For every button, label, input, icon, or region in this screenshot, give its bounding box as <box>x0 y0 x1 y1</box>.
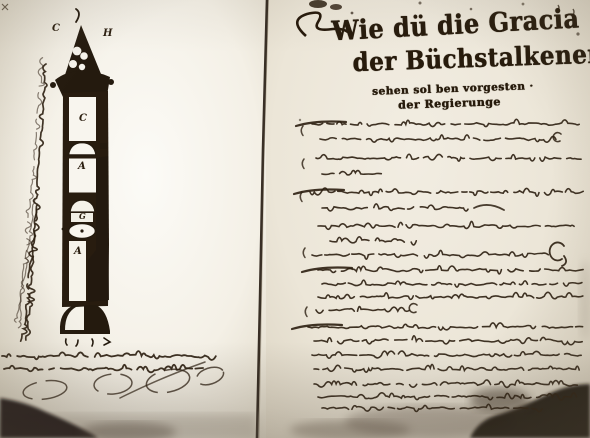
rocket-label-upper: C <box>79 114 87 124</box>
body-line <box>308 323 583 330</box>
body-line <box>316 154 581 161</box>
caption-flourish-loop <box>93 372 133 395</box>
caption-flourish-loop <box>22 378 68 402</box>
body-line <box>312 119 579 126</box>
body-line <box>318 221 574 229</box>
margin-mark <box>302 159 304 169</box>
body-line <box>316 307 409 314</box>
body-line <box>314 364 579 372</box>
vertical-annotation <box>16 57 47 328</box>
caption-flourish-stroke <box>120 362 205 398</box>
body-line <box>322 204 474 211</box>
manuscript-spread: C H C A G A Wie dü die Gracia der Büchst… <box>0 0 590 438</box>
line-end-flourish <box>474 205 504 210</box>
margin-mark <box>305 307 307 317</box>
margin-mark <box>301 126 303 136</box>
body-line <box>330 237 423 245</box>
rocket-label-lower: A <box>74 247 82 257</box>
heading-line-4: der Regierunge <box>398 96 501 111</box>
body-line <box>312 351 581 358</box>
line-end-flourish <box>409 304 417 313</box>
body-line <box>318 266 583 274</box>
rocket-label-mid: A <box>78 162 86 172</box>
body-line <box>322 404 542 411</box>
body-line <box>322 171 381 175</box>
rocket-label-cone-right: H <box>103 29 112 39</box>
body-line <box>318 393 577 400</box>
body-line <box>322 280 582 287</box>
margin-mark <box>303 248 305 258</box>
body-line <box>310 188 583 196</box>
caption-line <box>4 365 209 373</box>
rocket-label-cone-left: C <box>52 24 60 34</box>
body-line <box>318 292 583 299</box>
body-line <box>312 250 548 259</box>
body-line <box>314 336 582 345</box>
caption-line <box>2 351 216 360</box>
body-line <box>320 135 556 142</box>
heading-line-2: der Büchstalkener· <box>352 41 590 76</box>
body-line <box>314 380 581 387</box>
rocket-label-lower-mark: G <box>79 212 86 220</box>
line-end-flourish <box>550 242 566 266</box>
margin-mark <box>300 192 302 202</box>
